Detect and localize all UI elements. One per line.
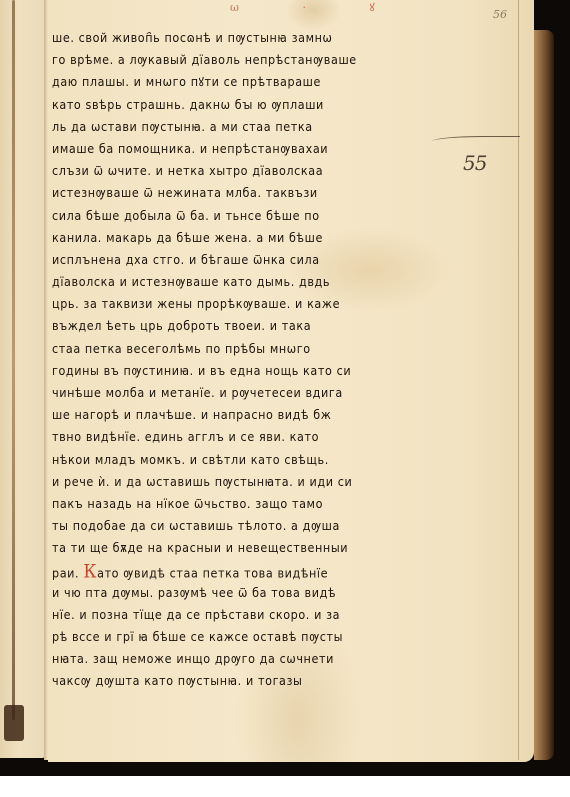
- text-line: пакъ назадь на нїкое ѿчьство. защо тамо: [52, 493, 422, 517]
- text-line: истезнѹваше ѿ нежината млба. таквъзи: [52, 182, 422, 206]
- text-line: даю плашы. и мнѡго пꙋти се прѣтвараше: [52, 71, 422, 95]
- manuscript-scan: ω · ꙋ 56 55 ше. свой живоп҄ь посɷнѣ и пѹ…: [0, 0, 570, 776]
- text-line: чаксѹ дѹшта като пѹстынꙗ. и тогазы: [52, 671, 422, 695]
- text-line: ше нагорѣ и плачѣше. и напрасно видѣ бж: [52, 404, 422, 428]
- text-line: имаше ба помощника. и непрѣстанѹвахаи: [52, 138, 422, 162]
- text-line: стаа петка весеголѣмь по прѣбы мнѡго: [52, 338, 422, 362]
- text-line: и рече ѝ. и да ѡставишь пѹстынꙗта. и иди…: [52, 471, 422, 495]
- text-line: твно видѣнїе. единь агглъ и се яви. като: [52, 426, 422, 450]
- text-line: нꙗта. защ неможе инщо дрѹго да сѡчнети: [52, 648, 422, 672]
- text-line: ше. свой живоп҄ь посɷнѣ и пѹстынꙗ замнѡ: [52, 27, 422, 51]
- text-line: годины въ пѹстиниꙗ. и въ една нощь като …: [52, 360, 422, 384]
- text-line: нїе. и позна тїще да се прѣстави скоро. …: [52, 604, 422, 628]
- text-line: исплънена дха стго. и бѣгаше ѿнка сила: [52, 249, 422, 273]
- bottom-margin: [0, 776, 570, 797]
- text-line: слъзи ѿ ѡчите. и нетка хытро дїаволскаа: [52, 160, 422, 184]
- text-line: рѣ вссе и грї ꙗ бѣше се кажсе оставѣ пѹс…: [52, 626, 422, 650]
- text-line: нѣкои младъ момкъ. и свѣтли като свѣщь.: [52, 449, 422, 473]
- folio-number-margin: 55: [463, 151, 486, 175]
- red-initial-letter: К: [83, 561, 97, 583]
- text-line: ты подобае да си ѡставишь тѣлото. а дѹша: [52, 515, 422, 539]
- left-binding-leaf: [0, 0, 46, 758]
- text-line: црь. за таквизи жены прорѣкѹваше. и каже: [52, 293, 422, 317]
- text-line: чинѣше молба и метанїе. и рѹчетесеи вдиг…: [52, 382, 422, 406]
- text-line: го врѣме. а лѹкавый дїаволь непрѣстанѹва…: [52, 49, 422, 73]
- rubric-prefix: раи.: [52, 566, 83, 580]
- text-line: въждел ѣеть црь доброть твоеи. и така: [52, 316, 422, 340]
- margin-pencil-stroke: [432, 136, 520, 145]
- outer-margin-line: [518, 0, 519, 760]
- text-line: канила. макарь да бѣше жена. а ми бѣше: [52, 227, 422, 251]
- folio-number-top: 56: [493, 8, 507, 21]
- text-line: ль да ѡстави пѹстынꙗ. а ми стаа петка: [52, 116, 422, 140]
- text-line: и чю пта дѹмы. разѹмѣ чее ѿ ба това видѣ: [52, 582, 422, 606]
- text-line: сила бѣше добыла ѿ ба. и тьнсе бѣше по: [52, 205, 422, 229]
- binding-crack: [12, 0, 15, 720]
- rubric-suffix: ато ѹвидѣ стаа петка това видѣнїе: [97, 566, 328, 580]
- top-red-marks: ω · ꙋ: [230, 0, 405, 15]
- text-line: дїаволска и истезнѹваше като дымь. двдь: [52, 271, 422, 295]
- manuscript-text: ше. свой живоп҄ь посɷнѣ и пѹстынꙗ замнѡ …: [52, 28, 422, 694]
- text-line: като ѕвѣрь страшнь. дакнѡ бꙑ ю ѹплаши: [52, 94, 422, 118]
- text-line: та ти ще бѫде на красныи и невещественны…: [52, 537, 422, 561]
- page-stack-edge: [534, 30, 554, 760]
- binding-tear: [4, 705, 24, 741]
- text-line-with-initial: раи. Като ѹвидѣ стаа петка това видѣнїе: [52, 560, 422, 584]
